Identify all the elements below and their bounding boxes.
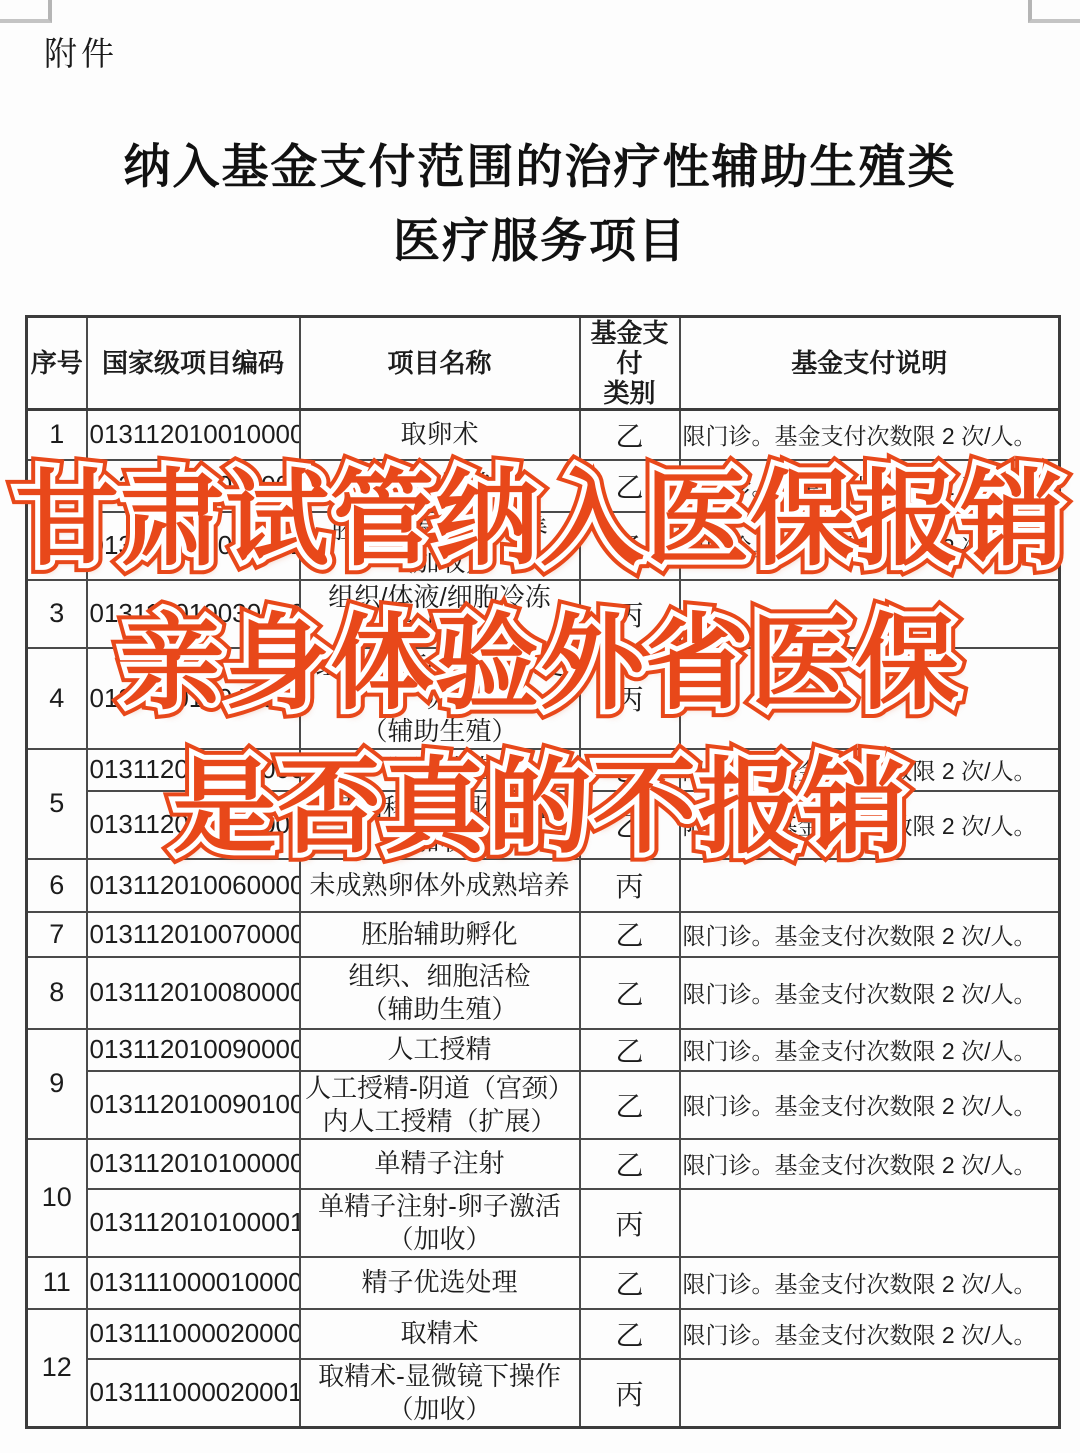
fund-desc-cell: 限门诊。基金支付次数限 2 次/人。 — [680, 749, 1060, 791]
code-cell: 013112010060000 — [87, 859, 300, 912]
code-cell: 013112010050001 — [87, 791, 300, 859]
table-row: 2013112010020000胚胎培养乙限门诊。基金支付次数限 2 次/人。 — [27, 460, 1060, 512]
category-cell: 乙 — [580, 460, 680, 512]
table-row: 5013112010050000胚胎移植乙限门诊。基金支付次数限 2 次/人。 — [27, 749, 1060, 791]
code-cell: 013111000020001 — [87, 1359, 300, 1428]
category-cell: 丙 — [580, 1359, 680, 1428]
fund-desc-cell — [680, 1189, 1060, 1257]
document-title-line2: 医疗服务项目 — [393, 214, 687, 267]
category-cell: 乙 — [580, 1139, 680, 1189]
table-row: 013112010090100人工授精-阴道（宫颈） 内人工授精（扩展）乙限门诊… — [27, 1071, 1060, 1139]
code-cell: 013112010020000 — [87, 460, 300, 512]
fund-desc-cell: 限门诊。基金支付次数限 2 次/人。 — [680, 1139, 1060, 1189]
seq-cell: 3 — [27, 580, 87, 648]
item-name-cell: 胚胎移植-囊胚移植 （加收） — [300, 791, 580, 859]
seq-cell: 9 — [27, 1029, 87, 1139]
document-page: 附件 纳入基金支付范围的治疗性辅助生殖类医疗服务项目 序号 国家级项目编码 项目… — [0, 0, 1080, 1453]
category-cell: 乙 — [580, 1071, 680, 1139]
item-name-cell: 胚胎培养-囊胚培养 （加收） — [300, 512, 580, 580]
seq-cell: 11 — [27, 1257, 87, 1309]
seq-cell: 5 — [27, 749, 87, 859]
seq-cell: 8 — [27, 957, 87, 1029]
category-cell: 丙 — [580, 1189, 680, 1257]
category-cell: 丙 — [580, 580, 680, 648]
code-cell: 013112010080000 — [87, 957, 300, 1029]
table-row: 7013112010070000胚胎辅助孵化乙限门诊。基金支付次数限 2 次/人… — [27, 912, 1060, 957]
category-cell: 丙 — [580, 648, 680, 749]
code-cell: 013112010100001 — [87, 1189, 300, 1257]
code-cell: 013112010010000 — [87, 410, 300, 460]
code-cell: 013111000020000 — [87, 1309, 300, 1359]
code-cell: 013112010050000 — [87, 749, 300, 791]
seq-cell: 6 — [27, 859, 87, 912]
category-cell: 乙 — [580, 1257, 680, 1309]
document-title: 纳入基金支付范围的治疗性辅助生殖类医疗服务项目 — [0, 130, 1080, 278]
item-name-cell: 单精子注射 — [300, 1139, 580, 1189]
fund-desc-cell — [680, 580, 1060, 648]
fund-desc-cell: 限门诊。基金支付次数限 2 次/人。 — [680, 512, 1060, 580]
table-row: 013111000020001取精术-显微镜下操作 （加收）丙 — [27, 1359, 1060, 1428]
category-cell: 乙 — [580, 410, 680, 460]
header-code: 国家级项目编码 — [87, 317, 300, 410]
item-name-cell: 人工授精-阴道（宫颈） 内人工授精（扩展） — [300, 1071, 580, 1139]
fund-desc-cell — [680, 859, 1060, 912]
category-cell: 乙 — [580, 791, 680, 859]
item-name-cell: 取卵术 — [300, 410, 580, 460]
header-desc: 基金支付说明 — [680, 317, 1060, 410]
header-category: 基金支 付 类别 — [580, 317, 680, 410]
table-header-row: 序号 国家级项目编码 项目名称 基金支 付 类别 基金支付说明 — [27, 317, 1060, 410]
items-table: 序号 国家级项目编码 项目名称 基金支 付 类别 基金支付说明 10131120… — [25, 315, 1061, 1429]
item-name-cell: 人工授精 — [300, 1029, 580, 1071]
code-cell: 013112010070000 — [87, 912, 300, 957]
seq-cell: 1 — [27, 410, 87, 460]
category-cell: 乙 — [580, 512, 680, 580]
category-cell: 乙 — [580, 1309, 680, 1359]
seq-cell: 7 — [27, 912, 87, 957]
table-row: 4013112010040000组织/体液/细胞解冻复苏 （辅助生殖）丙 — [27, 648, 1060, 749]
items-table-body: 1013112010010000取卵术乙限门诊。基金支付次数限 2 次/人。20… — [27, 410, 1060, 1428]
seq-cell: 12 — [27, 1309, 87, 1428]
item-name-cell: 组织、细胞活检 （辅助生殖） — [300, 957, 580, 1029]
table-row: 013112010020001胚胎培养-囊胚培养 （加收）乙限门诊。基金支付次数… — [27, 512, 1060, 580]
table-row: 013112010050001胚胎移植-囊胚移植 （加收）乙限门诊。基金支付次数… — [27, 791, 1060, 859]
code-cell: 013112010020001 — [87, 512, 300, 580]
category-cell: 乙 — [580, 1029, 680, 1071]
attachment-label: 附件 — [44, 28, 118, 75]
table-row: 013112010100001单精子注射-卵子激活 （加收）丙 — [27, 1189, 1060, 1257]
item-name-cell: 未成熟卵体外成熟培养 — [300, 859, 580, 912]
category-cell: 乙 — [580, 912, 680, 957]
item-name-cell: 组织/体液/细胞解冻复苏 （辅助生殖） — [300, 648, 580, 749]
seq-cell: 2 — [27, 460, 87, 580]
seq-cell: 4 — [27, 648, 87, 749]
seq-cell: 10 — [27, 1139, 87, 1257]
table-row: 6013112010060000未成熟卵体外成熟培养丙 — [27, 859, 1060, 912]
table-row: 10013112010100000单精子注射乙限门诊。基金支付次数限 2 次/人… — [27, 1139, 1060, 1189]
table-row: 11013111000010000精子优选处理乙限门诊。基金支付次数限 2 次/… — [27, 1257, 1060, 1309]
fund-desc-cell — [680, 1359, 1060, 1428]
code-cell: 013112010040000 — [87, 648, 300, 749]
item-name-cell: 取精术-显微镜下操作 （加收） — [300, 1359, 580, 1428]
category-cell: 乙 — [580, 957, 680, 1029]
code-cell: 013112010030000 — [87, 580, 300, 648]
category-cell: 丙 — [580, 859, 680, 912]
document-title-line1: 纳入基金支付范围的治疗性辅助生殖类 — [124, 140, 957, 193]
code-cell: 013111000010000 — [87, 1257, 300, 1309]
table-row: 1013112010010000取卵术乙限门诊。基金支付次数限 2 次/人。 — [27, 410, 1060, 460]
header-seq: 序号 — [27, 317, 87, 410]
table-row: 9013112010090000人工授精乙限门诊。基金支付次数限 2 次/人。 — [27, 1029, 1060, 1071]
fund-desc-cell: 限门诊。基金支付次数限 2 次/人。 — [680, 1071, 1060, 1139]
table-row: 12013111000020000取精术乙限门诊。基金支付次数限 2 次/人。 — [27, 1309, 1060, 1359]
table-row: 8013112010080000组织、细胞活检 （辅助生殖）乙限门诊。基金支付次… — [27, 957, 1060, 1029]
item-name-cell: 胚胎培养 — [300, 460, 580, 512]
page-corner-mark-right — [1028, 0, 1080, 23]
category-cell: 乙 — [580, 749, 680, 791]
item-name-cell: 组织/体液/细胞冷冻 （辅助生殖） — [300, 580, 580, 648]
item-name-cell: 取精术 — [300, 1309, 580, 1359]
code-cell: 013112010100000 — [87, 1139, 300, 1189]
fund-desc-cell: 限门诊。基金支付次数限 2 次/人。 — [680, 912, 1060, 957]
item-name-cell: 胚胎移植 — [300, 749, 580, 791]
fund-desc-cell — [680, 648, 1060, 749]
code-cell: 013112010090000 — [87, 1029, 300, 1071]
fund-desc-cell: 限门诊。基金支付次数限 2 次/人。 — [680, 460, 1060, 512]
table-row: 3013112010030000组织/体液/细胞冷冻 （辅助生殖）丙 — [27, 580, 1060, 648]
fund-desc-cell: 限门诊。基金支付次数限 2 次/人。 — [680, 1257, 1060, 1309]
code-cell: 013112010090100 — [87, 1071, 300, 1139]
header-name: 项目名称 — [300, 317, 580, 410]
item-name-cell: 胚胎辅助孵化 — [300, 912, 580, 957]
page-corner-mark-left — [0, 0, 52, 23]
item-name-cell: 单精子注射-卵子激活 （加收） — [300, 1189, 580, 1257]
fund-desc-cell: 限门诊。基金支付次数限 2 次/人。 — [680, 1309, 1060, 1359]
fund-desc-cell: 限门诊。基金支付次数限 2 次/人。 — [680, 410, 1060, 460]
fund-desc-cell: 限门诊。基金支付次数限 2 次/人。 — [680, 1029, 1060, 1071]
fund-desc-cell: 限门诊。基金支付次数限 2 次/人。 — [680, 791, 1060, 859]
item-name-cell: 精子优选处理 — [300, 1257, 580, 1309]
fund-desc-cell: 限门诊。基金支付次数限 2 次/人。 — [680, 957, 1060, 1029]
